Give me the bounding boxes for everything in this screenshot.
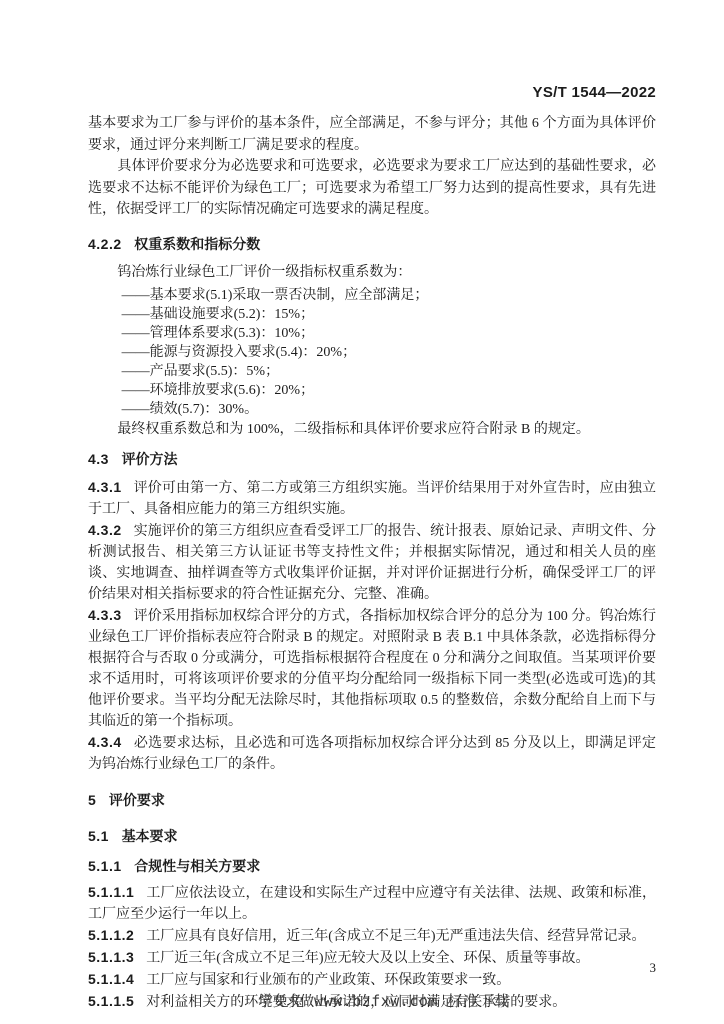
clause-number: 4.3.4 xyxy=(88,734,122,750)
clause-text: 工厂应与国家和行业颁布的产业政策、环保政策要求一致。 xyxy=(146,973,510,988)
doc-number: YS/T 1544—2022 xyxy=(533,84,656,101)
page-number: 3 xyxy=(650,960,657,976)
weights-closing: 最终权重系数总和为 100%，二级指标和具体评价要求应符合附录 B 的规定。 xyxy=(88,419,656,441)
clause-4-3-3: 4.3.3评价采用指标加权综合评分的方式，各指标加权综合评分的总分为 100 分… xyxy=(88,605,656,732)
clause-number: 5.1.1.5 xyxy=(88,993,134,1009)
section-number: 5.1 xyxy=(88,828,109,844)
clause-number: 5.1.1.3 xyxy=(88,949,134,965)
clause-text: 工厂近三年(含成立不足三年)应无较大及以上安全、环保、质量等事故。 xyxy=(146,951,589,966)
document-page: YS/T 1544—2022 基本要求为工厂参与评价的基本条件，应全部满足，不参… xyxy=(0,0,724,1024)
clause-5-1-1-1: 5.1.1.1工厂应依法设立，在建设和实际生产过程中应遵守有关法律、法规、政策和… xyxy=(88,882,656,925)
clause-number: 5.1.1.1 xyxy=(88,884,134,900)
weight-item: ——产品要求(5.5)：5%； xyxy=(122,362,656,381)
clause-text: 必选要求达标，且必选和可选各项指标加权综合评分达到 85 分及以上，即满足评定为… xyxy=(88,736,656,772)
weight-item: ——绩效(5.7)：30%。 xyxy=(122,400,656,419)
paragraph: 具体评价要求分为必选要求和可选要求，必选要求为要求工厂应达到的基础性要求，必选要… xyxy=(88,156,656,221)
clause-4-3-1: 4.3.1评价可由第一方、第二方或第三方组织实施。当评价结果用于对外宣告时，应由… xyxy=(88,477,656,520)
weight-item: ——基础设施要求(5.2)：15%； xyxy=(122,305,656,324)
clause-number: 5.1.1.4 xyxy=(88,971,134,987)
section-title: 评价方法 xyxy=(122,451,178,467)
clause-5-1-1-3: 5.1.1.3工厂近三年(含成立不足三年)应无较大及以上安全、环保、质量等事故。 xyxy=(88,947,656,969)
section-number: 4.3 xyxy=(88,451,109,467)
section-heading-5-1-1: 5.1.1合规性与相关方要求 xyxy=(88,856,656,877)
section-heading-5: 5评价要求 xyxy=(88,790,656,811)
clause-4-3-2: 4.3.2实施评价的第三方组织应查看受评工厂的报告、统计报表、原始记录、声明文件… xyxy=(88,520,656,605)
clause-number: 4.3.1 xyxy=(88,479,122,495)
section-heading-5-1: 5.1基本要求 xyxy=(88,826,656,847)
section-title: 基本要求 xyxy=(122,828,178,844)
clause-5-1-1-2: 5.1.1.2工厂应具有良好信用，近三年(含成立不足三年)无严重违法失信、经营异… xyxy=(88,925,656,947)
weights-lead: 钨冶炼行业绿色工厂评价一级指标权重系数为： xyxy=(88,262,656,284)
clause-5-1-1-4: 5.1.1.4工厂应与国家和行业颁布的产业政策、环保政策要求一致。 xyxy=(88,969,656,991)
section-number: 5.1.1 xyxy=(88,858,122,874)
clause-text: 实施评价的第三方组织应查看受评工厂的报告、统计报表、原始记录、声明文件、分析测试… xyxy=(88,524,656,602)
weight-item: ——环境排放要求(5.6)：20%； xyxy=(122,381,656,400)
section-title: 合规性与相关方要求 xyxy=(134,858,260,874)
clause-text: 工厂应依法设立，在建设和实际生产过程中应遵守有关法律、法规、政策和标准，工厂应至… xyxy=(88,886,656,922)
weight-item: ——管理体系要求(5.3)：10%； xyxy=(122,324,656,343)
clause-text: 工厂应具有良好信用，近三年(含成立不足三年)无严重违法失信、经营异常记录。 xyxy=(146,929,645,944)
section-number: 5 xyxy=(88,792,96,808)
weights-list: ——基本要求(5.1)采取一票否决制，应全部满足； ——基础设施要求(5.2)：… xyxy=(88,286,656,419)
watermark: 学兔兔 www.bzfxw.com 标准下载 xyxy=(258,990,509,1011)
section-heading-4-3: 4.3评价方法 xyxy=(88,449,656,470)
clause-number: 5.1.1.2 xyxy=(88,927,134,943)
clause-number: 4.3.2 xyxy=(88,522,122,538)
weight-item: ——基本要求(5.1)采取一票否决制，应全部满足； xyxy=(122,286,656,305)
clause-4-3-4: 4.3.4必选要求达标，且必选和可选各项指标加权综合评分达到 85 分及以上，即… xyxy=(88,732,656,775)
section-number: 4.2.2 xyxy=(88,236,122,252)
section-title: 权重系数和指标分数 xyxy=(134,236,260,252)
page-content: 基本要求为工厂参与评价的基本条件，应全部满足，不参与评分；其他 6 个方面为具体… xyxy=(88,113,656,1013)
weight-item: ——能源与资源投入要求(5.4)：20%； xyxy=(122,343,656,362)
clause-text: 评价采用指标加权综合评分的方式，各指标加权综合评分的总分为 100 分。钨冶炼行… xyxy=(88,609,656,729)
paragraph-continuation: 基本要求为工厂参与评价的基本条件，应全部满足，不参与评分；其他 6 个方面为具体… xyxy=(88,113,656,156)
section-heading-4-2-2: 4.2.2权重系数和指标分数 xyxy=(88,234,656,255)
clause-number: 4.3.3 xyxy=(88,607,122,623)
clause-text: 评价可由第一方、第二方或第三方组织实施。当评价结果用于对外宣告时，应由独立于工厂… xyxy=(88,481,656,517)
section-title: 评价要求 xyxy=(109,792,165,808)
